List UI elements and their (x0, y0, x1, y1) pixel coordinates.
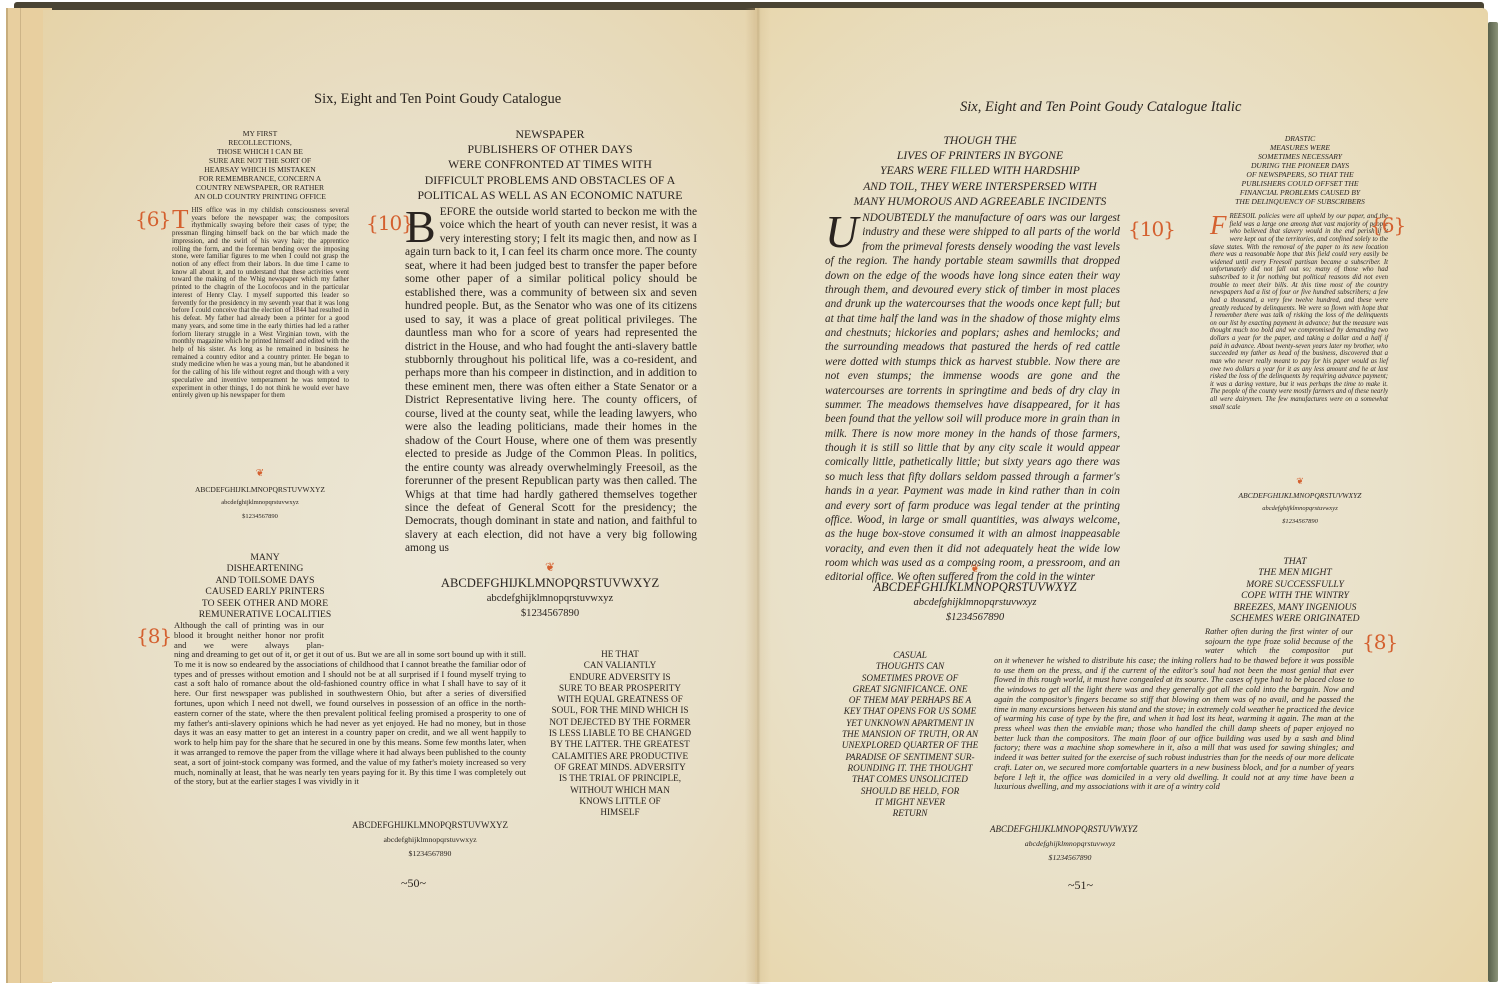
six-point-heading: MY FIRST RECOLLECTIONS, THOSE WHICH I CA… (160, 130, 360, 202)
quote-line: KNOWS LITTLE OF (525, 796, 715, 807)
specimen-figures: $1234567890 (400, 608, 700, 619)
quote-line: ENDURE ADVERSITY IS (525, 672, 715, 683)
eight-point-italic-heading: THAT THE MEN MIGHT MORE SUCCESSFULLY COP… (1190, 556, 1400, 624)
specimen-lowercase: abcdefghijklmnopqrstuvwxyz (825, 597, 1125, 608)
ten-point-heading: NEWSPAPER PUBLISHERS OF OTHER DAYS WERE … (400, 127, 700, 203)
eight-point-italic-body-intro: Rather often during the first winter of … (1205, 627, 1353, 656)
specimen-figures: $1234567890 (330, 849, 530, 858)
heading-line: TO SEEK OTHER AND MORE (160, 598, 370, 609)
quote-line: YET UNKNOWN APARTMENT IN (825, 718, 995, 729)
heading-line: REMUNERATIVE LOCALITIES (160, 609, 370, 620)
book-gutter (745, 8, 771, 984)
quote-line: IS LESS LIABLE TO BE CHANGED (525, 728, 715, 739)
specimen-uppercase: ABCDEFGHIJKLMNOPQRSTUVWXYZ (160, 485, 360, 494)
drop-cap: B (405, 208, 436, 246)
body-text: NDOUBTEDLY the manufacture of oars was o… (825, 212, 1120, 583)
quote-line: UNEXPLORED QUARTER OF THE (825, 740, 995, 751)
fleuron-ornament: ❦ (935, 562, 1015, 575)
heading-line: AN OLD COUNTRY PRINTING OFFICE (160, 193, 360, 202)
heading-line: THAT (1190, 556, 1400, 567)
heading-line: DIFFICULT PROBLEMS AND OBSTACLES OF A (400, 173, 700, 188)
body-text: REESOIL policies were all upheld by our … (1210, 213, 1388, 411)
specimen-uppercase: ABCDEFGHIJKLMNOPQRSTUVWXYZ (400, 576, 700, 591)
casual-thoughts-quote: CASUAL THOUGHTS CAN SOMETIMES PROVE OF G… (825, 650, 995, 819)
running-head-right: Six, Eight and Ten Point Goudy Catalogue… (960, 99, 1241, 116)
quote-line: HIMSELF (525, 807, 715, 818)
quote-line: IT MIGHT NEVER (825, 797, 995, 808)
quote-line: THOUGHTS CAN (825, 661, 995, 672)
heading-line: AND TOIL, THEY WERE INTERSPERSED WITH (820, 179, 1140, 194)
heading-line: WERE CONFRONTED AT TIMES WITH (400, 157, 700, 172)
heading-line: MANY (160, 552, 370, 563)
quote-line: HE THAT (525, 649, 715, 660)
quote-line: CALAMITIES ARE PRODUCTIVE (525, 751, 715, 762)
heading-line: THOUGH THE (820, 133, 1140, 148)
quote-line: WITHOUT WHICH MAN (525, 785, 715, 796)
heading-line: PUBLISHERS OF OTHER DAYS (400, 142, 700, 157)
quote-line: RETURN (825, 808, 995, 819)
specimen-uppercase: ABCDEFGHIJKLMNOPQRSTUVWXYZ (825, 580, 1125, 595)
point-size-marker-8: {8} (1362, 630, 1397, 654)
heading-line: DISHEARTENING (160, 563, 370, 574)
quote-line: WITH EQUAL GREATNESS OF (525, 694, 715, 705)
specimen-lowercase: abcdefghijklmnopqrstuvwxyz (330, 835, 530, 844)
six-point-italic-heading: DRASTIC MEASURES WERE SOMETIMES NECESSAR… (1200, 135, 1400, 207)
point-size-marker-10: {10} (1128, 217, 1175, 241)
eight-point-body-intro: Although the call of printing was in our… (174, 621, 324, 650)
heading-line: LIVES OF PRINTERS IN BYGONE (820, 148, 1140, 163)
heading-line: MORE SUCCESSFULLY (1190, 579, 1400, 590)
fleuron-ornament: ❦ (510, 560, 590, 575)
heading-line: NEWSPAPER (400, 127, 700, 142)
heading-line: THE MEN MIGHT (1190, 567, 1400, 578)
quote-line: NOT DEJECTED BY THE FORMER (525, 717, 715, 728)
specimen-lowercase: abcdefghijklmnopqrstuvwxyz (400, 593, 700, 604)
quote-line: OF THEM MAY PERHAPS BE A (825, 695, 995, 706)
specimen-uppercase: ABCDEFGHIJKLMNOPQRSTUVWXYZ (990, 824, 1190, 834)
book-cover-edge-right (1488, 22, 1498, 982)
point-size-marker-8: {8} (136, 624, 171, 648)
specimen-uppercase: ABCDEFGHIJKLMNOPQRSTUVWXYZ (330, 820, 530, 830)
drop-cap: F (1210, 214, 1227, 236)
heading-line: YEARS WERE FILLED WITH HARDSHIP (820, 163, 1140, 178)
eight-point-body: ning and dreaming to get out of it, or g… (174, 650, 526, 787)
specimen-uppercase: ABCDEFGHIJKLMNOPQRSTUVWXYZ (1200, 491, 1400, 500)
drop-cap: U (825, 213, 858, 251)
specimen-figures: $1234567890 (160, 513, 360, 520)
heading-line: POLITICAL AS WELL AS AN ECONOMIC NATURE (400, 188, 700, 203)
six-point-italic-body: FREESOIL policies were all upheld by our… (1210, 213, 1388, 411)
eight-point-italic-body: on it whenever he wished to distribute h… (994, 656, 1354, 792)
heading-line: MANY HUMOROUS AND AGREEABLE INCIDENTS (820, 194, 1140, 209)
point-size-marker-6: {6} (135, 207, 170, 231)
running-head-left: Six, Eight and Ten Point Goudy Catalogue (314, 91, 561, 108)
quote-line: IS THE TRIAL OF PRINCIPLE, (525, 773, 715, 784)
heading-line: AND TOILSOME DAYS (160, 575, 370, 586)
quote-line: SOUL, FOR THE MIND WHICH IS (525, 705, 715, 716)
page-number-left: ~50~ (401, 876, 426, 891)
quote-line: OF GREAT MINDS. ADVERSITY (525, 762, 715, 773)
ten-point-body: BEFORE the outside world started to beck… (405, 206, 697, 556)
quote-line: SURE TO BEAR PROSPERITY (525, 683, 715, 694)
quote-line: BY THE LATTER. THE GREATEST (525, 739, 715, 750)
six-point-body: THIS office was in my childish conscious… (172, 207, 349, 400)
quote-line: THAT COMES UNSOLICITED (825, 774, 995, 785)
drop-cap: T (172, 208, 189, 230)
quote-line: SHOULD BE HELD, FOR (825, 786, 995, 797)
ten-point-italic-body: UNDOUBTEDLY the manufacture of oars was … (825, 211, 1120, 585)
page-number-right: ~51~ (1068, 878, 1093, 893)
quote-line: CAN VALIANTLY (525, 660, 715, 671)
specimen-figures: $1234567890 (825, 612, 1125, 623)
heading-line: CAUSED EARLY PRINTERS (160, 586, 370, 597)
specimen-figures: $1234567890 (970, 853, 1170, 862)
specimen-lowercase: abcdefghijklmnopqrstuvwxyz (970, 839, 1170, 848)
quote-line: SOMETIMES PROVE OF (825, 673, 995, 684)
fleuron-ornament: ❦ (1260, 476, 1340, 487)
eight-point-heading: MANY DISHEARTENING AND TOILSOME DAYS CAU… (160, 552, 370, 620)
open-book: Six, Eight and Ten Point Goudy Catalogue… (0, 0, 1500, 994)
quote-line: KEY THAT OPENS FOR US SOME (825, 706, 995, 717)
quote-line: CASUAL (825, 650, 995, 661)
point-size-marker-6: {6} (1370, 213, 1405, 237)
heading-line: COPE WITH THE WINTRY (1190, 590, 1400, 601)
heading-line: THE DELINQUENCY OF SUBSCRIBERS (1200, 198, 1400, 207)
specimen-lowercase: abcdefghijklmnopqrstuvwxyz (160, 499, 360, 506)
heading-line: SCHEMES WERE ORIGINATED (1190, 613, 1400, 624)
specimen-lowercase: abcdefghijklmnopqrstuvwxyz (1200, 505, 1400, 512)
quote-line: ROUNDING IT. THE THOUGHT (825, 763, 995, 774)
body-text: EFORE the outside world started to becko… (405, 206, 697, 554)
quote-line: PARADISE OF SENTIMENT SUR- (825, 752, 995, 763)
adversity-quote: HE THAT CAN VALIANTLY ENDURE ADVERSITY I… (525, 649, 715, 818)
fleuron-ornament: ❦ (220, 468, 300, 479)
ten-point-italic-heading: THOUGH THE LIVES OF PRINTERS IN BYGONE Y… (820, 133, 1140, 209)
quote-line: GREAT SIGNIFICANCE. ONE (825, 684, 995, 695)
quote-line: THE MANSION OF TRUTH, OR AN (825, 729, 995, 740)
heading-line: BREEZES, MANY INGENIOUS (1190, 602, 1400, 613)
specimen-figures: $1234567890 (1200, 518, 1400, 525)
body-text: HIS office was in my childish consciousn… (172, 207, 349, 399)
